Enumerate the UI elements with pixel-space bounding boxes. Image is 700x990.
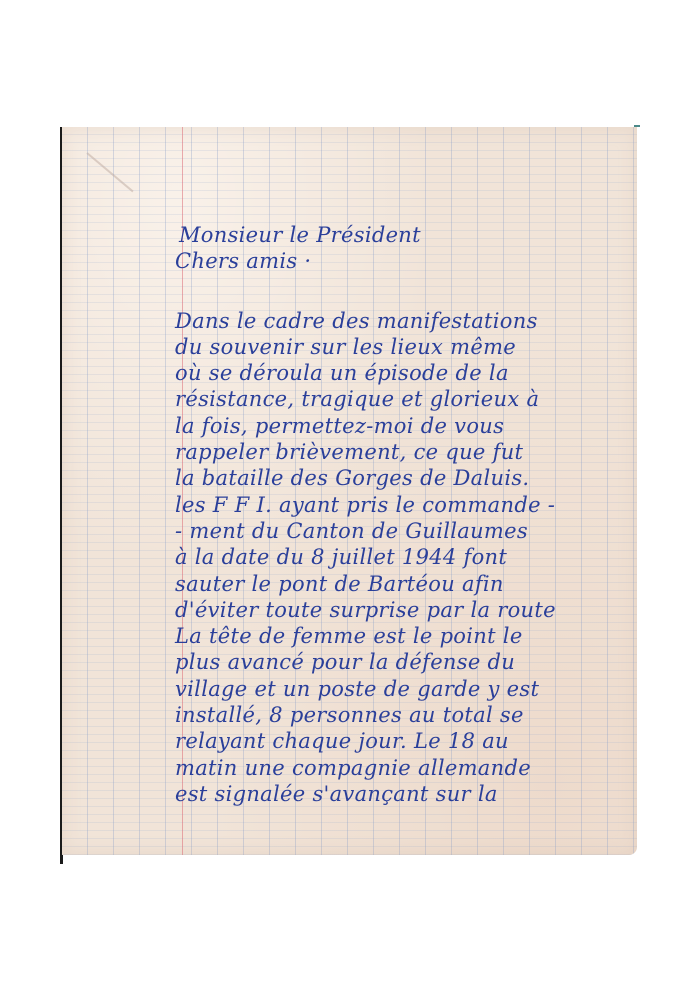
body-line: rappeler brièvement, ce que fut	[175, 439, 635, 465]
body-line: la fois, permettez-moi de vous	[175, 413, 635, 439]
body-line: installé, 8 personnes au total se	[175, 702, 635, 728]
body-line: les F F I. ayant pris le commande -	[175, 492, 635, 518]
corner-mark	[634, 125, 640, 127]
body-line: Dans le cadre des manifestations	[175, 308, 635, 334]
letter-body: Dans le cadre des manifestations du souv…	[175, 308, 635, 808]
body-line: La tête de femme est le point le	[175, 623, 635, 649]
body-line: résistance, tragique et glorieux à	[175, 386, 635, 412]
body-line: est signalée s'avançant sur la	[175, 781, 635, 807]
body-line: du souvenir sur les lieux même	[175, 334, 635, 360]
body-line: matin une compagnie allemande	[175, 755, 635, 781]
body-line: plus avancé pour la défense du	[175, 649, 635, 675]
body-line: - ment du Canton de Guillaumes	[175, 518, 635, 544]
fold-crease	[86, 152, 133, 192]
body-line: la bataille des Gorges de Daluis.	[175, 465, 635, 491]
salutation-line: Chers amis ·	[175, 248, 635, 274]
body-line: à la date du 8 juillet 1944 font	[175, 544, 635, 570]
handwritten-letter: Monsieur le Président Chers amis · Dans …	[175, 222, 635, 807]
body-line: d'éviter toute surprise par la route	[175, 597, 635, 623]
body-line: où se déroula un épisode de la	[175, 360, 635, 386]
salutation-line: Monsieur le Président	[175, 222, 635, 248]
body-line: relayant chaque jour. Le 18 au	[175, 728, 635, 754]
body-line: sauter le pont de Bartéou afin	[175, 571, 635, 597]
salutation: Monsieur le Président Chers amis ·	[175, 222, 635, 275]
body-line: village et un poste de garde y est	[175, 676, 635, 702]
